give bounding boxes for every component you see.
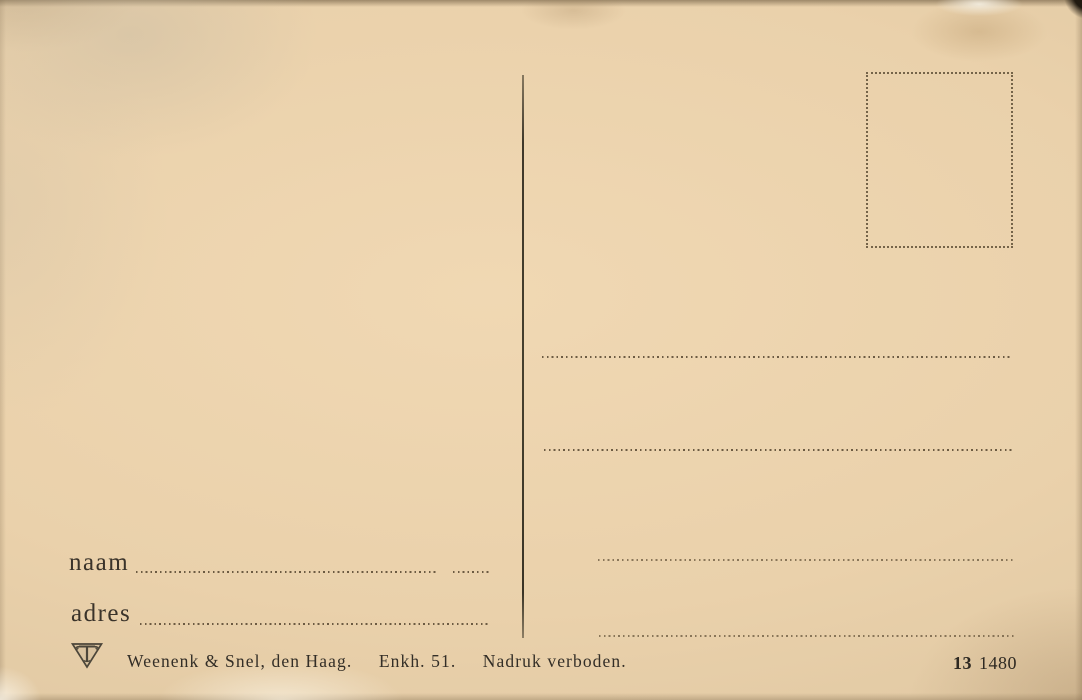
postcard-scan: naam adres Weenenk & Snel, den Haag. Enk… xyxy=(0,0,1082,700)
stamp-box xyxy=(866,72,1013,248)
adres-label: adres xyxy=(71,601,131,626)
address-line xyxy=(598,559,1015,561)
naam-write-line xyxy=(136,571,437,573)
catalog-number-regular: 1480 xyxy=(979,653,1017,673)
address-line xyxy=(542,356,1012,358)
catalog-number-bold: 13 xyxy=(953,653,972,673)
publisher-imprint: Weenenk & Snel, den Haag. Enkh. 51. Nadr… xyxy=(127,651,627,672)
address-line xyxy=(544,449,1012,451)
address-line xyxy=(599,635,1014,637)
center-divider-rule xyxy=(522,75,524,638)
series-number: Enkh. 51. xyxy=(379,651,456,671)
adres-write-line xyxy=(140,623,490,625)
naam-write-line-short xyxy=(453,571,490,573)
printer-mark-icon xyxy=(69,639,105,671)
postcard-paper: naam adres Weenenk & Snel, den Haag. Enk… xyxy=(0,0,1082,700)
copyright-notice: Nadruk verboden. xyxy=(483,651,627,671)
catalog-number: 131480 xyxy=(953,653,1017,674)
publisher-name: Weenenk & Snel, den Haag. xyxy=(127,651,352,671)
naam-label: naam xyxy=(69,550,129,575)
